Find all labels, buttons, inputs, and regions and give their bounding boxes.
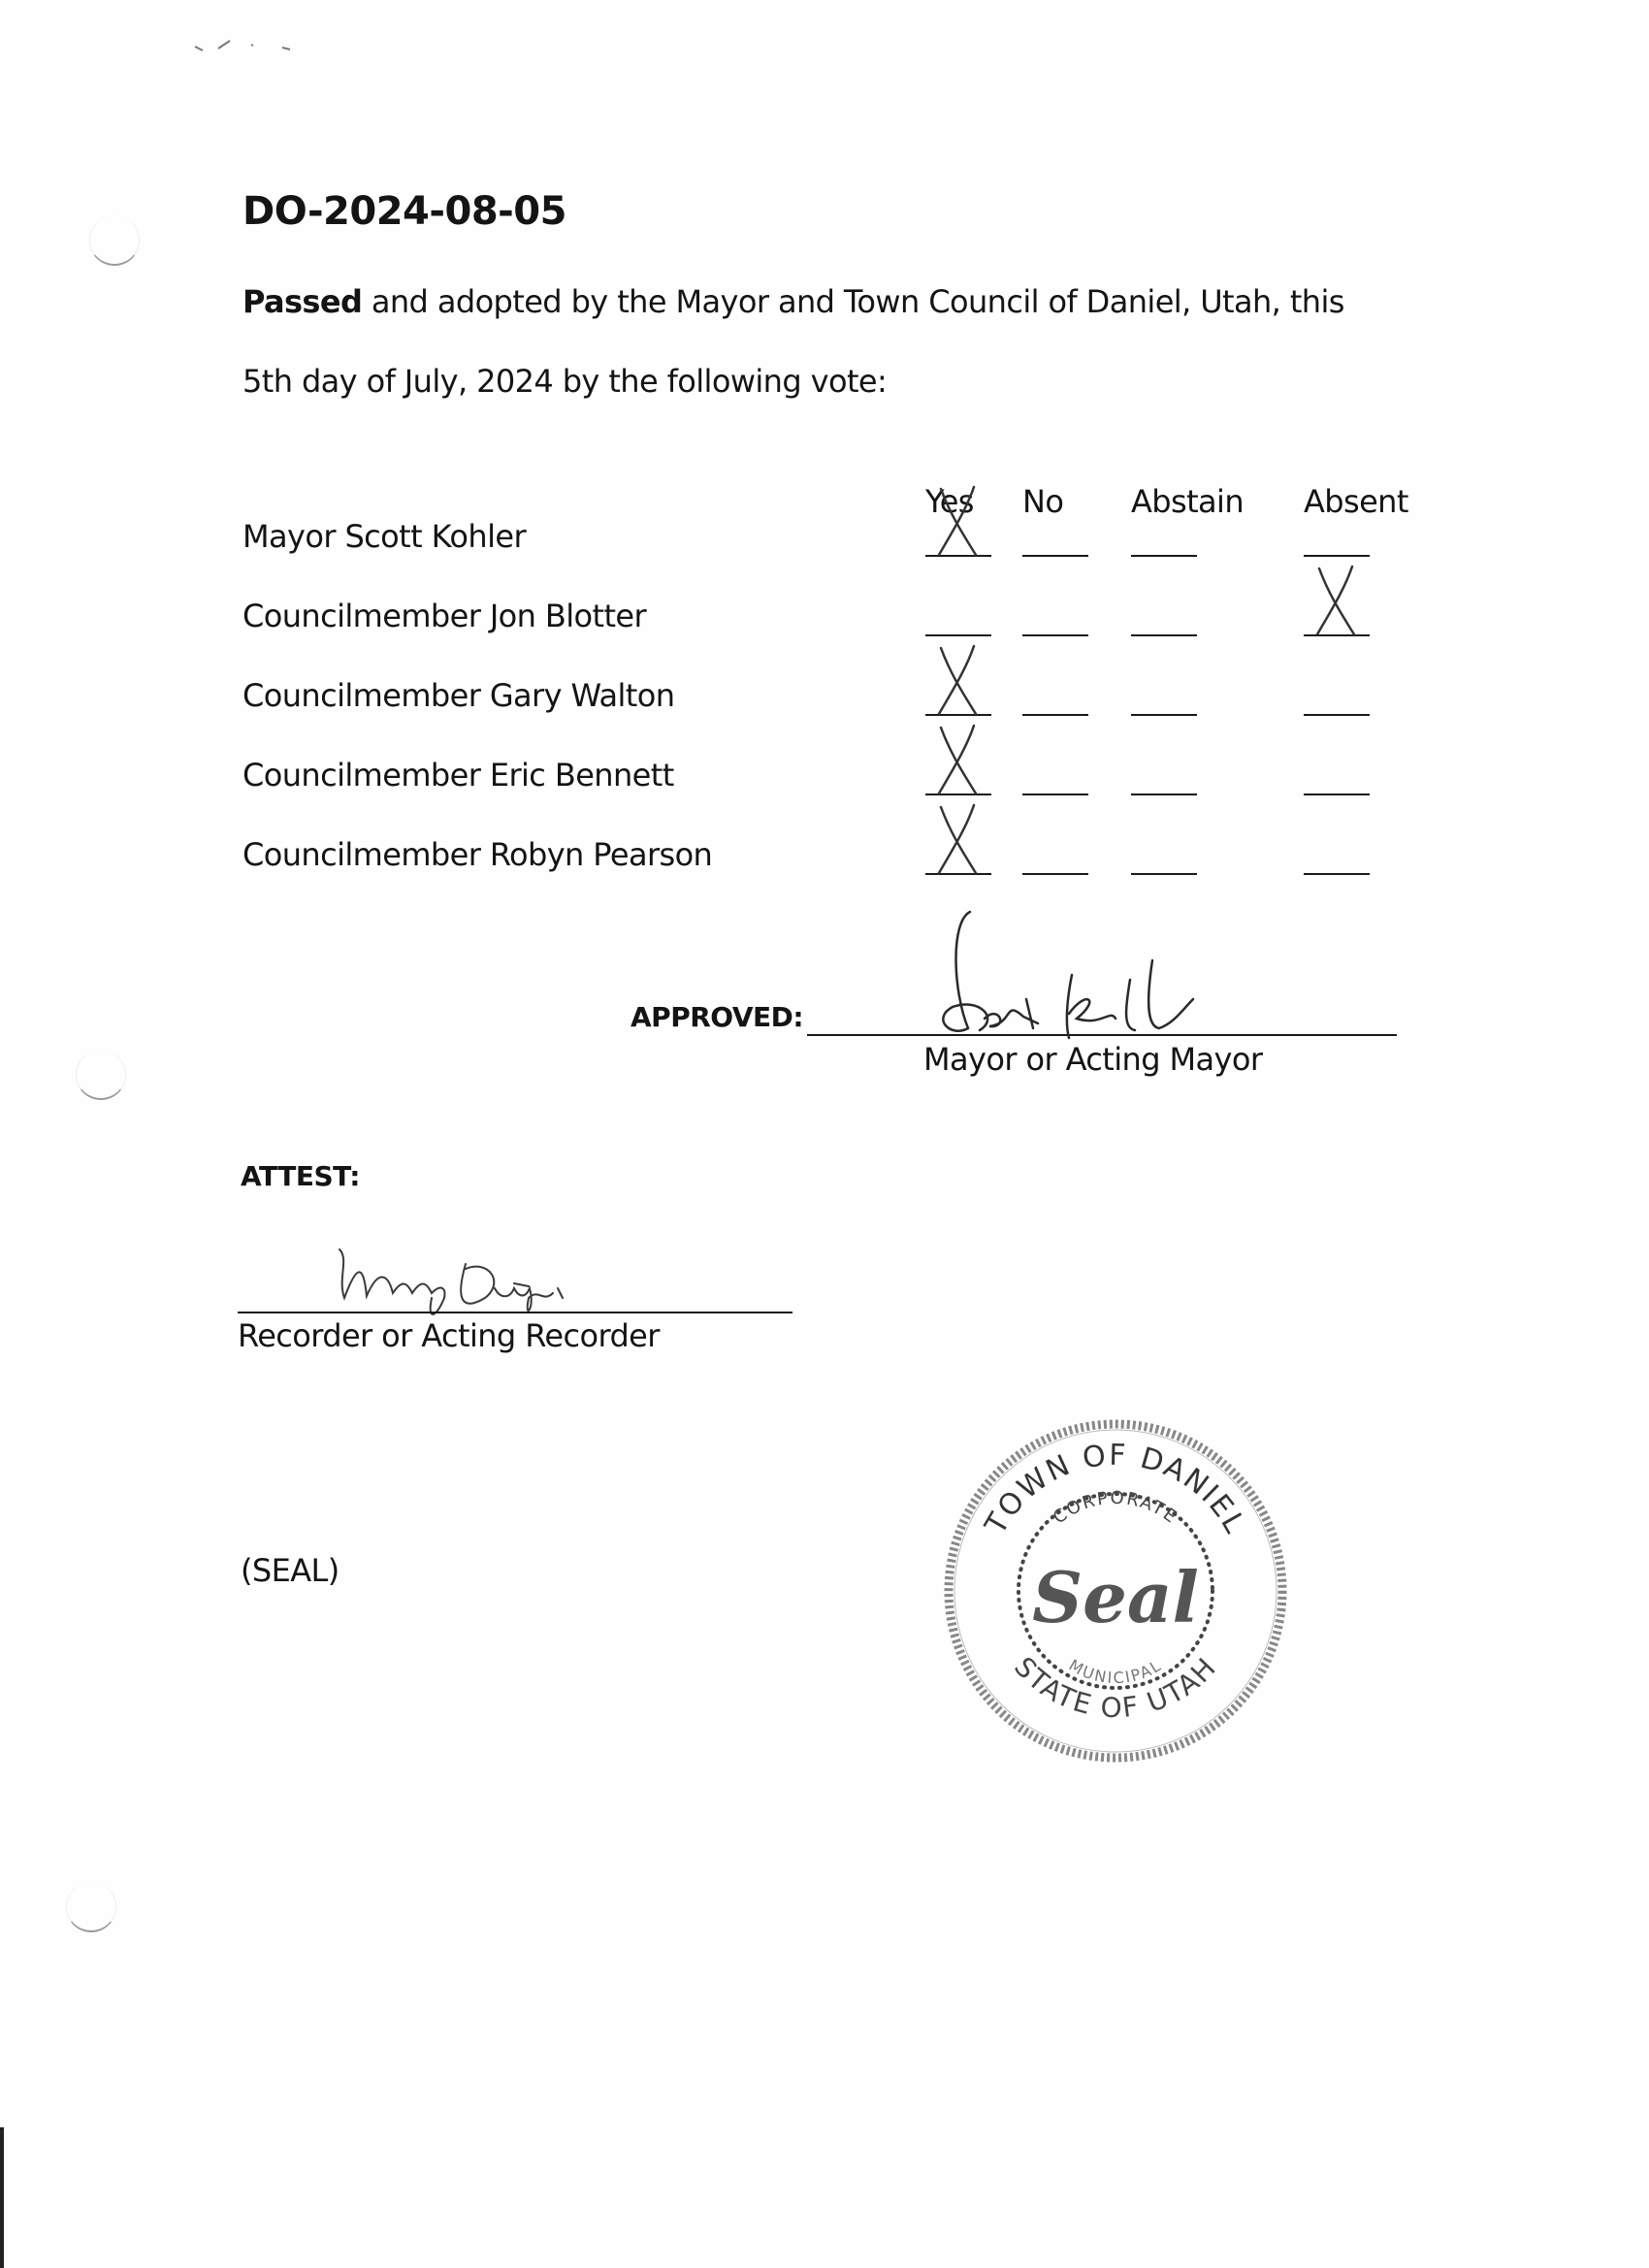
vote-blank-no: [1022, 794, 1088, 795]
vote-blank-abstain: [1131, 714, 1197, 716]
vote-blank-absent: [1304, 555, 1370, 557]
scan-edge: [0, 2127, 4, 2268]
member-name: Councilmember Jon Blotter: [242, 598, 646, 634]
document-page: DO-2024-08-05 Passed and adopted by the …: [0, 0, 1649, 2268]
vote-blank-no: [1022, 634, 1088, 636]
vote-x-mark: [929, 799, 987, 877]
seal-outer-bottom-text: STATE OF UTAH: [1008, 1651, 1223, 1725]
member-name: Councilmember Gary Walton: [242, 677, 674, 714]
member-name: Mayor Scott Kohler: [242, 518, 526, 555]
scan-smudge: [189, 35, 306, 58]
vote-blank-no: [1022, 873, 1088, 875]
passed-label: Passed: [242, 283, 362, 320]
attest-signature-line: [238, 1312, 792, 1313]
vote-x-mark: [929, 640, 987, 718]
mayor-signature: [892, 902, 1212, 1048]
hole-punch-mark: [66, 1882, 116, 1932]
svg-text:STATE OF UTAH: STATE OF UTAH: [1008, 1651, 1223, 1725]
vote-blank-absent: [1304, 794, 1370, 795]
corporate-seal: TOWN OF DANIEL STATE OF UTAH CORPORATE M…: [931, 1407, 1300, 1775]
seal-inner-top-text: CORPORATE: [1050, 1488, 1181, 1529]
member-name: Councilmember Robyn Pearson: [242, 836, 712, 873]
vote-blank-no: [1022, 555, 1088, 557]
vote-blank-abstain: [1131, 555, 1197, 557]
approved-label: APPROVED:: [630, 1001, 803, 1033]
vote-x-mark: [1308, 561, 1366, 638]
attest-label: ATTEST:: [241, 1160, 360, 1192]
seal-center-text: Seal: [1032, 1556, 1199, 1638]
vote-x-mark: [929, 720, 987, 797]
vote-blank-absent: [1304, 873, 1370, 875]
hole-punch-mark: [89, 215, 140, 266]
vote-blank-abstain: [1131, 634, 1197, 636]
column-abstain: Abstain: [1131, 483, 1244, 520]
recorder-signature: [320, 1240, 650, 1327]
approval-caption: Mayor or Acting Mayor: [923, 1041, 1262, 1078]
vote-blank-abstain: [1131, 794, 1197, 795]
member-name: Councilmember Eric Bennett: [242, 757, 674, 794]
column-absent: Absent: [1304, 483, 1408, 520]
hole-punch-mark: [76, 1050, 126, 1100]
seal-label: (SEAL): [241, 1552, 339, 1589]
attest-caption: Recorder or Acting Recorder: [238, 1317, 660, 1354]
adoption-statement-line1: Passed and adopted by the Mayor and Town…: [242, 283, 1344, 320]
document-id: DO-2024-08-05: [242, 189, 566, 234]
vote-blank-no: [1022, 714, 1088, 716]
svg-text:CORPORATE: CORPORATE: [1050, 1488, 1181, 1529]
vote-blank-absent: [1304, 714, 1370, 716]
vote-blank-abstain: [1131, 873, 1197, 875]
adoption-statement-text: and adopted by the Mayor and Town Counci…: [362, 283, 1344, 320]
adoption-statement-line2: 5th day of July, 2024 by the following v…: [242, 363, 887, 400]
column-no: No: [1022, 483, 1063, 520]
vote-blank-yes: [925, 634, 991, 636]
vote-x-mark: [929, 481, 987, 559]
